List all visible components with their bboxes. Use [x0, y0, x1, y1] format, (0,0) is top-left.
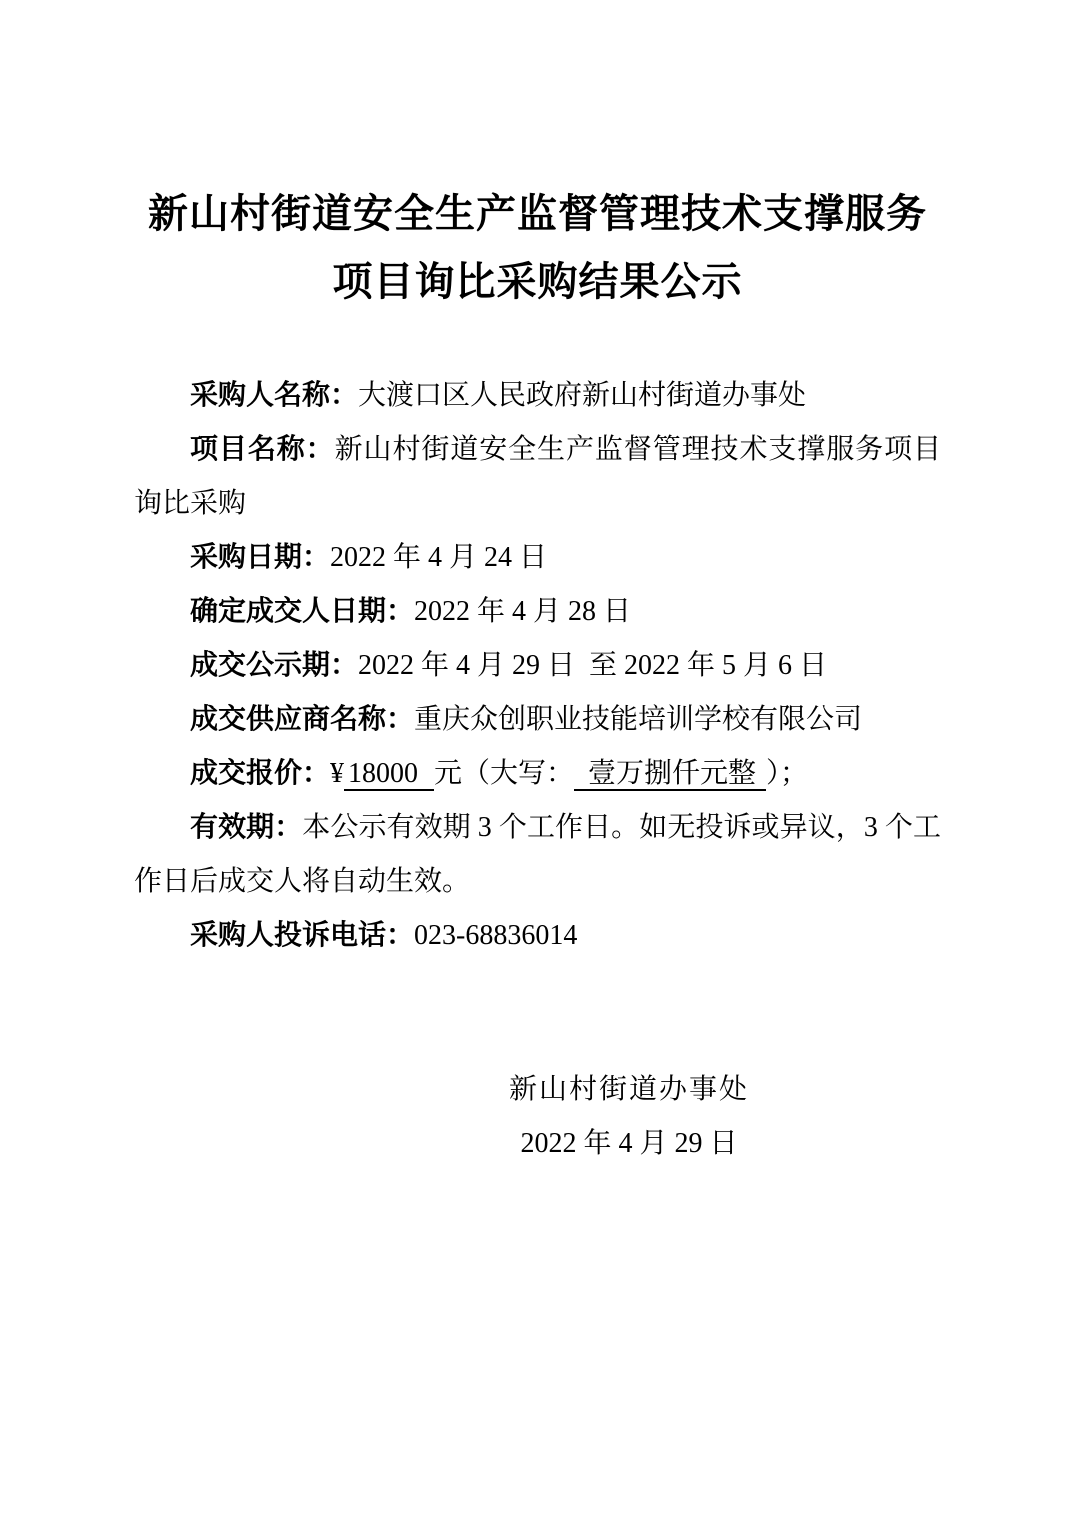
field-purchaser-name: 采购人名称：大渡口区人民政府新山村街道办事处 — [134, 369, 941, 423]
field-complaint-phone: 采购人投诉电话：023-68836014 — [134, 909, 941, 963]
signature-org: 新山村街道办事处 — [509, 1063, 749, 1117]
signature-block: 新山村街道办事处 2022 年 4 月 29 日 — [509, 1063, 749, 1171]
complaint-phone-label: 采购人投诉电话： — [190, 920, 414, 951]
document-page: 新山村街道安全生产监督管理技术支撑服务 项目询比采购结果公示 采购人名称：大渡口… — [0, 0, 1074, 1520]
supplier-name-label: 成交供应商名称： — [190, 704, 414, 735]
field-publicity-period: 成交公示期：2022 年 4 月 29 日 至 2022 年 5 月 6 日 — [134, 639, 941, 693]
title-line-2: 项目询比采购结果公示 — [134, 248, 941, 316]
publicity-period-label: 成交公示期： — [190, 650, 358, 681]
purchaser-name-value: 大渡口区人民政府新山村街道办事处 — [358, 380, 806, 411]
award-price-label: 成交报价： — [190, 758, 330, 789]
complaint-phone-value: 023-68836014 — [414, 920, 577, 951]
validity-period-label: 有效期： — [190, 812, 302, 843]
title-line-1: 新山村街道安全生产监督管理技术支撑服务 — [134, 180, 941, 248]
field-validity-period: 有效期：本公示有效期 3 个工作日。如无投诉或异议，3 个工作日后成交人将自动生… — [134, 801, 941, 909]
award-price-amount: 18000 — [344, 758, 434, 791]
purchase-date-value: 2022 年 4 月 24 日 — [330, 542, 547, 573]
field-purchase-date: 采购日期：2022 年 4 月 24 日 — [134, 531, 941, 585]
award-date-value: 2022 年 4 月 28 日 — [414, 596, 631, 627]
project-name-label: 项目名称： — [190, 434, 335, 465]
currency-symbol: ¥ — [330, 758, 344, 789]
supplier-name-value: 重庆众创职业技能培训学校有限公司 — [414, 704, 862, 735]
purchaser-name-label: 采购人名称： — [190, 380, 358, 411]
document-body: 采购人名称：大渡口区人民政府新山村街道办事处 项目名称：新山村街道安全生产监督管… — [134, 369, 941, 963]
award-price-unit-prefix: 元（大写： — [434, 758, 574, 789]
purchase-date-label: 采购日期： — [190, 542, 330, 573]
publicity-period-value: 2022 年 4 月 29 日 至 2022 年 5 月 6 日 — [358, 650, 827, 681]
document-title: 新山村街道安全生产监督管理技术支撑服务 项目询比采购结果公示 — [134, 180, 941, 316]
award-price-suffix: ）； — [766, 758, 808, 789]
signature-date: 2022 年 4 月 29 日 — [509, 1117, 749, 1171]
award-price-amount-cn: 壹万捌仟元整 — [574, 758, 766, 791]
field-supplier-name: 成交供应商名称：重庆众创职业技能培训学校有限公司 — [134, 693, 941, 747]
award-date-label: 确定成交人日期： — [190, 596, 414, 627]
field-award-price: 成交报价：¥18000元（大写：壹万捌仟元整）； — [134, 747, 941, 801]
field-project-name: 项目名称：新山村街道安全生产监督管理技术支撑服务项目询比采购 — [134, 423, 941, 531]
field-award-date: 确定成交人日期：2022 年 4 月 28 日 — [134, 585, 941, 639]
